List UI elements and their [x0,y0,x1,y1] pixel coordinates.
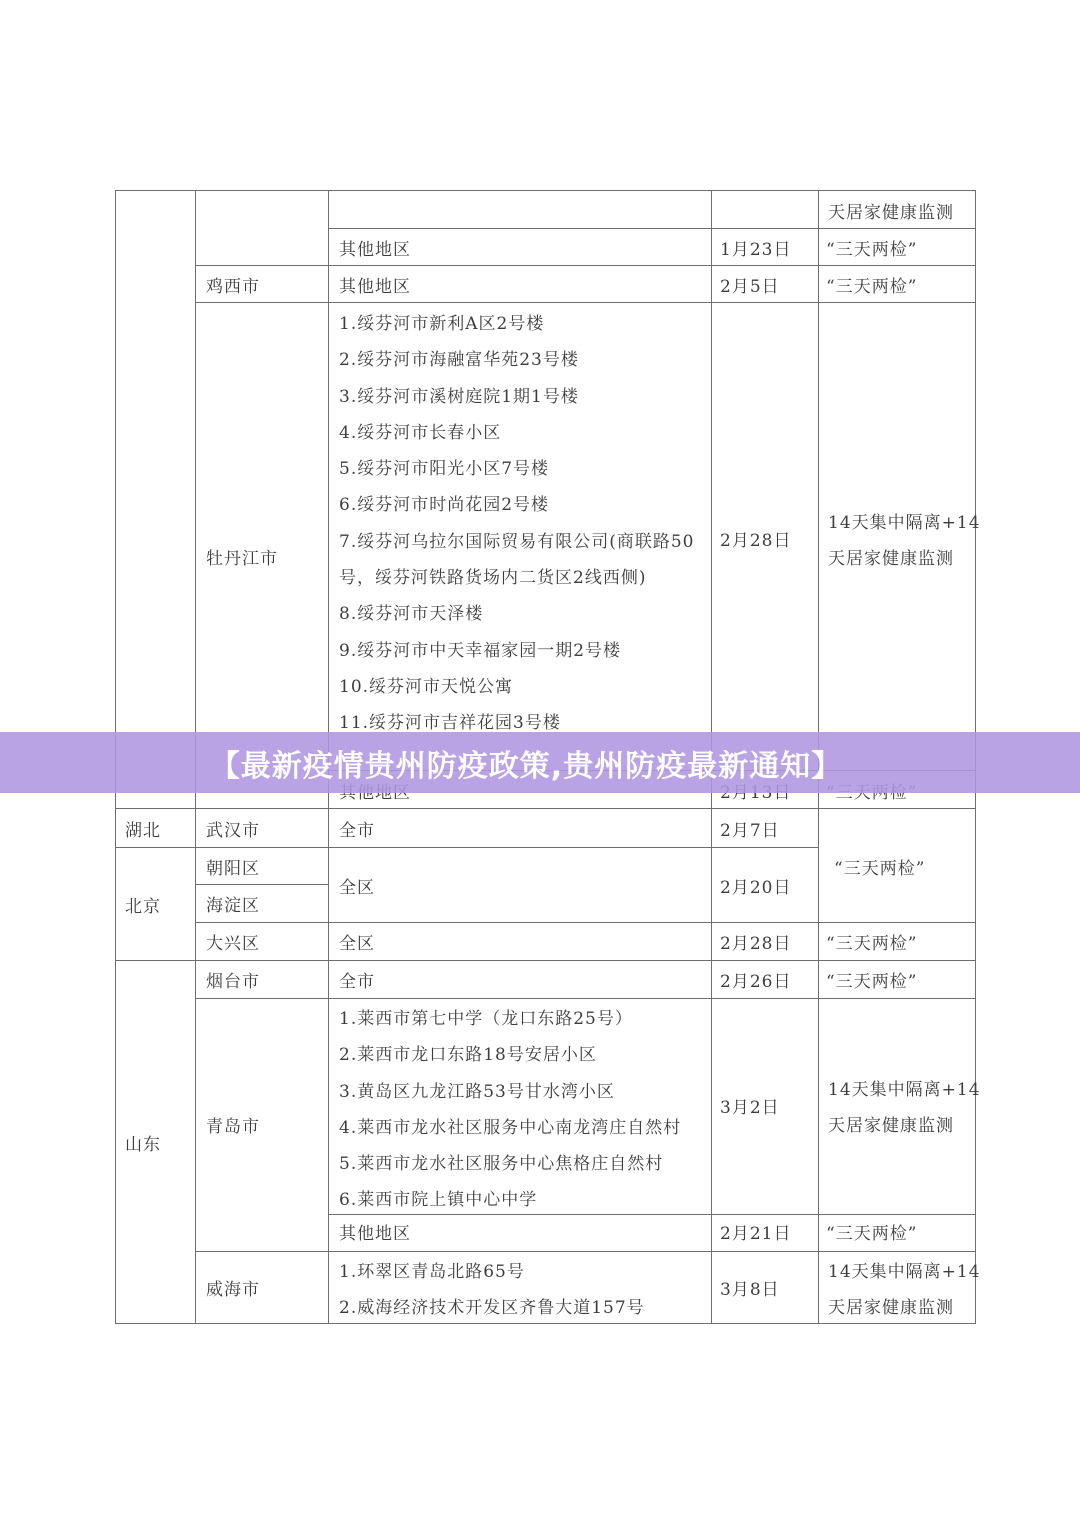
city-cell: 海淀区 [206,896,260,916]
area-item: 8.绥芬河市天泽楼 [339,604,694,640]
area-list: 1.绥芬河市新利A区2号楼 2.绥芬河市海融富华苑23号楼 3.绥芬河市溪树庭院… [339,314,694,750]
measure-cell: “三天两检” [826,277,917,297]
document-page: 天居家健康监测 其他地区 1月23日 “三天两检” 鸡西市 其他地区 2月5日 … [0,0,1080,1527]
province-cell: 湖北 [125,821,161,841]
measure-cell-line2: 天居家健康监测 [828,1116,954,1136]
measure-cell: “三天两检” [834,859,925,879]
banner-title: 【最新疫情贵州防疫政策,贵州防疫最新通知】 [210,741,842,785]
measure-cell: “三天两检” [826,972,917,992]
area-item: 6.绥芬河市时尚花园2号楼 [339,495,694,531]
city-cell: 烟台市 [206,972,260,992]
area-list: 1.莱西市第七中学（龙口东路25号） 2.莱西市龙口东路18号安居小区 3.黄岛… [339,1009,681,1227]
area-item: 4.莱西市龙水社区服务中心南龙湾庄自然村 [339,1118,681,1154]
area-item: 1.莱西市第七中学（龙口东路25号） [339,1009,681,1045]
date-cell: 3月8日 [720,1280,780,1300]
measure-cell-line1: 14天集中隔离+14 [828,1262,981,1282]
measure-cell: “三天两检” [826,240,917,260]
city-cell: 青岛市 [206,1117,260,1137]
area-cell: 全区 [339,934,375,954]
area-item: 6.莱西市院上镇中心中学 [339,1190,681,1226]
measure-cell: “三天两检” [826,934,917,954]
city-cell: 大兴区 [206,934,260,954]
measure-cell-line2: 天居家健康监测 [828,549,954,569]
city-cell: 朝阳区 [206,859,260,879]
area-cell: 其他地区 [339,240,411,260]
measure-cell: 天居家健康监测 [828,203,954,223]
date-cell: 2月26日 [720,972,791,992]
area-item: 9.绥芬河市中天幸福家园一期2号楼 [339,641,694,677]
area-item: 10.绥芬河市天悦公寓 [339,677,694,713]
city-cell: 鸡西市 [206,277,260,297]
city-cell: 牡丹江市 [206,549,278,569]
date-cell: 2月21日 [720,1224,791,1244]
province-cell: 山东 [125,1135,161,1155]
area-item: 2.威海经济技术开发区齐鲁大道157号 [339,1298,645,1334]
title-banner: 【最新疫情贵州防疫政策,贵州防疫最新通知】 [0,732,1080,793]
date-cell: 2月28日 [720,934,791,954]
date-cell: 2月20日 [720,878,791,898]
area-cell: 其他地区 [339,277,411,297]
date-cell: 2月28日 [720,531,791,551]
area-item: 7.绥芬河乌拉尔国际贸易有限公司(商联路50 [339,532,694,568]
measure-cell-line1: 14天集中隔离+14 [828,1080,981,1100]
measure-cell: “三天两检” [826,1224,917,1244]
province-cell: 北京 [125,897,161,917]
area-item: 5.绥芬河市阳光小区7号楼 [339,459,694,495]
area-cell: 全市 [339,821,375,841]
city-cell: 武汉市 [206,821,260,841]
measure-cell-line1: 14天集中隔离+14 [828,513,981,533]
date-cell: 2月7日 [720,821,780,841]
city-cell: 威海市 [206,1280,260,1300]
area-item: 1.绥芬河市新利A区2号楼 [339,314,694,350]
area-cell: 全区 [339,878,375,898]
area-item: 号，绥芬河铁路货场内二货区2线西侧) [339,568,694,604]
area-list: 1.环翠区青岛北路65号 2.威海经济技术开发区齐鲁大道157号 [339,1262,645,1335]
area-cell: 全市 [339,972,375,992]
area-cell: 其他地区 [339,1224,411,1244]
area-item: 3.绥芬河市溪树庭院1期1号楼 [339,387,694,423]
area-item: 2.绥芬河市海融富华苑23号楼 [339,350,694,386]
date-cell: 1月23日 [720,240,791,260]
date-cell: 3月2日 [720,1098,780,1118]
area-item: 2.莱西市龙口东路18号安居小区 [339,1045,681,1081]
area-item: 4.绥芬河市长春小区 [339,423,694,459]
area-item: 3.黄岛区九龙江路53号甘水湾小区 [339,1082,681,1118]
measure-cell-line2: 天居家健康监测 [828,1298,954,1318]
area-item: 1.环翠区青岛北路65号 [339,1262,645,1298]
area-item: 5.莱西市龙水社区服务中心焦格庄自然村 [339,1154,681,1190]
date-cell: 2月5日 [720,277,780,297]
